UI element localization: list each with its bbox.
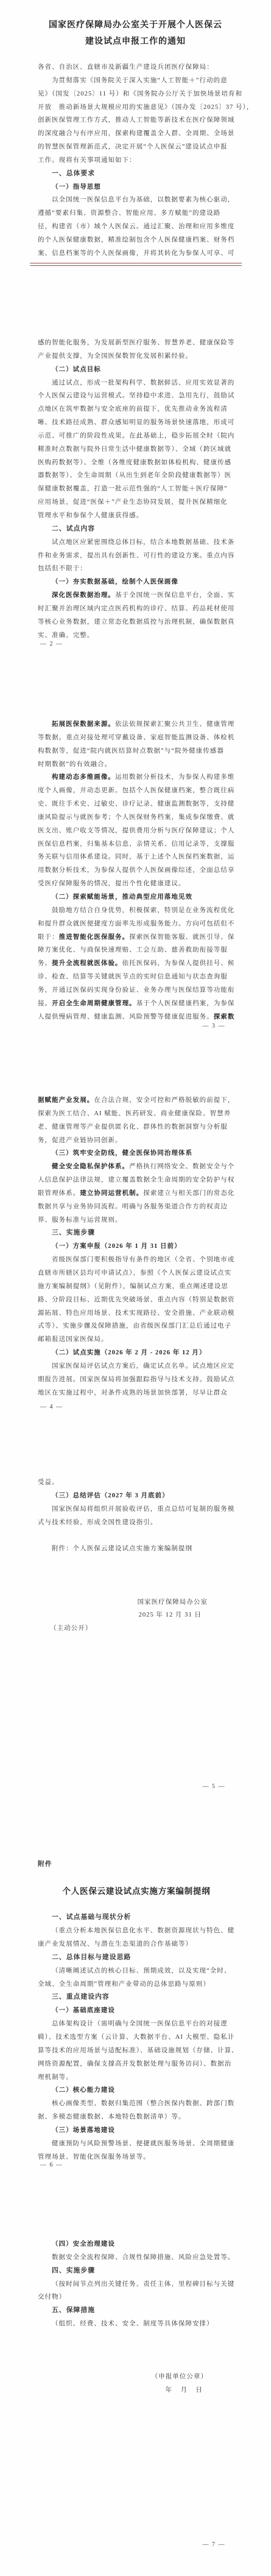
text-line: （二）核心能力建设: [38, 2084, 235, 2097]
text-line: 医购药数据等）、全维（各维度健康数据如体检机构、健康传感: [38, 456, 235, 470]
text-line: 网络资源配置，确保支撑高并发数据处理与服务访问）、数据治: [38, 2058, 235, 2071]
text-line: 据赋能产业发展。在合法合规、安全可控和严格脱敏的前提下，: [38, 1094, 235, 1107]
page-3: 拓展医保数据来源。依法依规探索汇聚公共卫生、健康管理等数据。重点对接处理可穿戴设…: [38, 718, 235, 1023]
page-number: — 4 —: [40, 1401, 63, 1414]
text-line: 见》（国发〔2025〕11 号）和《国务院办公厅关于加快场景培育和: [38, 88, 235, 101]
text-line: 精准时点数据与院外日常生活中健康数据等）、全域（跨区域就: [38, 443, 235, 456]
text-line: 案、信息档案等的个人医保画像，并将其转化为参保人可享、可: [38, 247, 235, 260]
text-line: 康风险提示与就医参考；个人医保财务档案，集成参保缴费、就: [38, 811, 235, 824]
text-line: 史、既往手术史、过敏史、诊疗记录、健康监测数据等，支持健: [38, 798, 235, 811]
text-line: 等数据。重点对接处理可穿戴设备、家庭智能监测设备、体检机: [38, 731, 235, 745]
page-number: — 6 —: [40, 2159, 63, 2172]
text-line: 等核心业务数据，建立常态化数据质控与治理机制，确保数据真: [38, 616, 235, 629]
text-line: 构建动态多维画像。运用数据分析技术，为参保人构建多维: [38, 771, 235, 784]
text-line: 式与技术经验，形成全国性建设指引。: [38, 1516, 235, 1530]
text-line: 一、总体要求: [38, 167, 235, 181]
text-line: 管理场景、智能化医保服务场景等。: [38, 2151, 235, 2164]
page-1: 各省、自治区、直辖市及新疆生产建设兵团医疗保障局：为贯彻落实《国务院关于深入实施…: [38, 61, 235, 260]
text-line: （三）筑牢安全防线，健全医保协同治理体系: [38, 1147, 235, 1160]
text-line: 数据共享与业务协同流程。明确与各服务渠道合作方的权责边: [38, 1200, 235, 1214]
text-line: [38, 1529, 235, 1542]
text-line: 晰、技术路径成熟、群众感知明显的服务场景快速落地，形成可: [38, 416, 235, 430]
text-line: 受医疗保障服务的情况，提出个性化健康建议。: [38, 877, 235, 891]
text-line: 感的智能化服务，为发展新型医疗服务、智慧养老、健康保险等: [38, 336, 235, 350]
red-divider-line: [30, 263, 242, 266]
text-line: 开放 推动新场景大规模应用的实施意见》（国办发〔2025〕37 号），: [38, 101, 235, 114]
text-line: 2025 年 12 月 31 日: [38, 1609, 235, 1622]
text-line: 一、试点基础与现状分析: [38, 1911, 235, 1924]
text-line: 路、分阶段目标、近期优先突破场景、重点内容（特别是数据资: [38, 1293, 235, 1307]
text-line: 务，并通过医保码实现身份验证、业务办理与医保结算等功能衔: [38, 984, 235, 997]
text-line: 探索为医工结合、AI 赋能、医药研发、商业健康保险、智慧养: [38, 1107, 235, 1121]
text-line: 辑）、技术选型方案（云计算、大数据平台、AI 大模型、隐私计: [38, 2031, 235, 2044]
text-line: [38, 1582, 235, 1596]
text-line: （二）试点实施（2026 年 2 月 - 2026 年 12 月）: [38, 1346, 235, 1360]
page-number: — 2 —: [40, 638, 63, 651]
text-line: 创新医保管理工作方式，推动人工智能等新技术在医疗保障领域: [38, 114, 235, 127]
text-line: （申报单位公章）: [38, 2370, 235, 2384]
text-line: 包括但不限于：: [38, 562, 235, 576]
text-line: 附件: [38, 1858, 235, 1871]
text-line: 的深度融合与有序应用，探索构建覆盖全人群、全周期、全场景: [38, 127, 235, 141]
text-line: 诊、检查、结算等关键就医节点的实时信息通知与状态查询服: [38, 970, 235, 984]
text-line: 保健康数据覆盖，打造一批示范性强的“人工智能＋医疗保障”: [38, 482, 235, 496]
text-line: 理机制等。: [38, 2071, 235, 2084]
page-number: — 7 —: [203, 2538, 226, 2552]
text-line: 拓展医保数据来源。依法依规探索汇聚公共卫生、健康管理: [38, 718, 235, 731]
text-line: 医保信息档案，归集基本信息、亲情关系、信用记录等，支撑服: [38, 838, 235, 851]
text-line: 核心画像类型、数据归集范围（整合医保内数据、跨部门数: [38, 2097, 235, 2111]
text-line: 期报告进展。国家医保局将加强跟踪指导与技术支持。鼓励试点: [38, 1373, 235, 1387]
text-line: 务关联与信用体系建设。同时，基于上述个人医保档案数据，运: [38, 851, 235, 864]
document-title: 国家医疗保障局办公室关于开展个人医保云 建设试点申报工作的通知: [12, 17, 259, 50]
text-line: （三）总结评估（2027 年 3 月底前）: [38, 1489, 235, 1503]
text-line: [38, 2331, 235, 2344]
text-line: 限管理体系。建立协同运营机制。探索建立与相关部门的常态化: [38, 1187, 235, 1200]
text-line: 国家医保局评估试点方案后，确定试点名单。试点地区应定: [38, 1360, 235, 1373]
text-line: 人信息保护法律法规，建立覆盖数据全生命周期的安全防护与权: [38, 1174, 235, 1187]
text-line: 附件：个人医保云建设试点实施方案编制提纲: [38, 1542, 235, 1556]
text-line: 健康预防与风险预警场景、便捷就医服务场景、全周期健康: [38, 2137, 235, 2151]
text-line: [38, 1556, 235, 1569]
text-line: 通过试点，形成一批架构科学、数据鲜活、应用实效显著的: [38, 377, 235, 390]
text-line: 件和业务需求，提出具有创新性、可行性的建设方案。重点内容: [38, 549, 235, 563]
page-7: （四）安全治理建设数据安全全流程保障、合规性保障措施、风险应急处置等。四、实施步…: [38, 2238, 235, 2397]
text-line: （清晰阐述试点的核心目标、预期成效，以及实现“全时、: [38, 1965, 235, 1978]
text-line: 示范、可推广的阶段性成果。在此基础上，稳步拓展全时（院内: [38, 430, 235, 443]
text-line: 深化医保数据治理。基于全国统一医保信息平台，全面、实: [38, 589, 235, 602]
text-line: 省级医保部门要积极指导有条件的地区（全省、个别地市或: [38, 1253, 235, 1267]
text-line: （主动公开）: [38, 1622, 235, 1635]
text-line: 受益。: [38, 1476, 235, 1489]
text-line: 接。开启全生命周期健康管理。基于个人医保健康档案，为参保: [38, 997, 235, 1011]
page-6: 附件个人医保云建设试点实施方案编制提纲一、试点基础与现状分析（重点分析本地医保信…: [38, 1858, 235, 2163]
text-line: 和提升群众就医便捷度方面率先形成服务能力。方向可包括但不: [38, 917, 235, 931]
text-line: 时期数据”的有效融合。: [38, 758, 235, 771]
text-line: 产业提供支撑，为全国医保数智化发展积累经验。: [38, 350, 235, 363]
text-line: 以全国统一医保信息平台为基础，以数据要素为核心驱动，: [38, 193, 235, 207]
text-line: （一）方案申报（2026 年 1 月 31 日前）: [38, 1240, 235, 1253]
text-line: （组织、经费、技术、安全、制度等具体保障安排）: [38, 2317, 235, 2331]
text-line: （三）场景落地建设: [38, 2124, 235, 2137]
text-line: [38, 2358, 235, 2371]
text-line: 据、多模态健康数据、本地特色数据清单）等。: [38, 2111, 235, 2124]
text-line: （一）指导思想: [38, 181, 235, 194]
text-line: 五、保障措施: [38, 2304, 235, 2317]
page-number: — 5 —: [203, 1780, 226, 1794]
text-line: 国家医疗保障局办公室: [38, 1596, 235, 1609]
text-line: 试点地区应紧密围绕总体目标，结合本地数据基础、技术条: [38, 536, 235, 549]
text-line: 源拓展、特色应用场景、技术实现路径、安全措施、产业联动模: [38, 1307, 235, 1320]
text-line: 总体架构设计（需明确与全国统一医保信息平台的对接逻: [38, 2017, 235, 2031]
text-line: 个人医保云建设与运营模式。坚持稳中求进、急用先行，鼓励试: [38, 389, 235, 403]
text-line: 鼓励地方结合自身优势，积极探索，特别是在业务流程优化: [38, 904, 235, 917]
text-line: 式等）、实施步骤及保障措施，由省级医保部门汇总后通过电子: [38, 1320, 235, 1333]
text-line: 老、健康管理等产业提供匿名化、群体性的数据洞察与分析服: [38, 1121, 235, 1134]
text-line: 二、总体目标与建设思路: [38, 1951, 235, 1965]
text-line: 三、重点建设内容: [38, 1991, 235, 2004]
text-line: 构数据等，促进“院内就医结算时点数据”与“院外健康传感器: [38, 745, 235, 758]
text-line: 二、试点内容: [38, 523, 235, 536]
text-line: （四）安全治理建设: [38, 2238, 235, 2251]
text-line: 为贯彻落实《国务院关于深入实施“人工智能＋”行动的意: [38, 74, 235, 88]
document-title-line2: 建设试点申报工作的通知: [12, 33, 259, 50]
text-line: 年 月 日: [38, 2384, 235, 2397]
text-line: 器数据等）、全生命周期（从出生到老年全阶段健康数据等）医: [38, 469, 235, 482]
text-line: 应用场景，促进“医保＋”产业生态协同发展，提升医保精细化: [38, 496, 235, 509]
text-line: 交付物）: [38, 2291, 235, 2304]
text-line: （重点分析本地医保信息化水平、数据资源现状与特色、健: [38, 1924, 235, 1938]
text-line: 障方案优化、与商保快速理赔、工会互助、慈善救助衔接等服: [38, 944, 235, 957]
text-line: （按时间节点列出关键任务、责任主体、里程碑目标与关键: [38, 2278, 235, 2291]
text-line: 各省、自治区、直辖市及新疆生产建设兵团医疗保障局：: [38, 61, 235, 74]
text-line: 算等技术的应用场景与适配标准）、基础设施规划（存储、计算、: [38, 2044, 235, 2058]
text-line: 管理水平和参保个人健康获得感。: [38, 509, 235, 523]
text-line: 康产业发展情况、与潜在生态渠道的合作基础等）: [38, 1938, 235, 1951]
text-line: 点地区在筑牢数据与安全底座的前提下，优先推动业务流程清: [38, 403, 235, 416]
text-line: 个人医保云建设试点实施方案编制提纲: [38, 1885, 235, 1898]
text-line: 直辖市所辖区县均可申请试点），参照《个人医保云建设试点实: [38, 1267, 235, 1280]
document-title-line1: 国家医疗保障局办公室关于开展个人医保云: [12, 17, 259, 33]
text-line: （一）基础底座建设: [38, 2004, 235, 2017]
text-line: 医支出、账户收支等情况，提供费用分析与医疗保障建议；个人: [38, 824, 235, 838]
text-line: 的智慧医保管理新范式，决定开展“个人医保云”建设试点申报: [38, 141, 235, 154]
text-line: （一）夯实数据基础，绘制个人医保画像: [38, 576, 235, 589]
text-line: 时汇聚并治理区域内定点医药机构的诊疗、结算、药品耗材使用: [38, 602, 235, 616]
text-line: 界、服务标准与运营规则。: [38, 1214, 235, 1227]
page-2: 感的智能化服务，为发展新型医疗服务、智慧养老、健康保险等产业提供支撑，为全国医保…: [38, 336, 235, 642]
text-line: 的个人医保健康数据，精准绘制包含个人医保健康档案、财务档: [38, 234, 235, 247]
document-page: 国家医疗保障局办公室关于开展个人医保云 建设试点申报工作的通知 各省、自治区、直…: [0, 0, 271, 2576]
text-line: 务。提升全流程就医体验。依托医保码，为参保人提供挂号、候: [38, 957, 235, 970]
text-line: 工作。现将有关事项通知如下：: [38, 154, 235, 167]
text-line: （二）探索赋能场景，推动典型应用落地见效: [38, 891, 235, 904]
text-line: 径，构建省（市）域个人医保云。通过汇聚、治理和应用多维度: [38, 220, 235, 234]
text-line: 全域、全生命周期”管理和产业带动的总体思路与原则）: [38, 1978, 235, 1991]
text-line: 地区在实施过程中，对条件成熟的场景加快部署，尽早让群众: [38, 1387, 235, 1400]
text-line: 遵循“要素归集、资源整合、智能应用、多方赋能”的建设路: [38, 207, 235, 220]
page-4: 据赋能产业发展。在合法合规、安全可控和严格脱敏的前提下，探索为医工结合、AI 赋…: [38, 1094, 235, 1399]
text-line: 务，促进产业链协同创新。: [38, 1134, 235, 1147]
text-line: 国家医保局将组织开展验收评估，重点总结可复制的服务模: [38, 1503, 235, 1516]
text-line: [38, 1569, 235, 1582]
text-line: 实、准确、完整。: [38, 629, 235, 642]
text-line: 邮箱报送国家医保局。: [38, 1333, 235, 1346]
text-line: [38, 1898, 235, 1912]
text-line: 三、实施步骤: [38, 1227, 235, 1240]
text-line: 限于：推进智能化医保服务。探索医保智能客服、就医引导、保: [38, 931, 235, 944]
page-5: 受益。（三）总结评估（2027 年 3 月底前）国家医保局将组织开展验收评估，重…: [38, 1476, 235, 1635]
text-line: 施方案编制提纲》（见附件），编制试点方案，重点阐述建设思: [38, 1280, 235, 1293]
text-line: （二）试点目标: [38, 363, 235, 377]
text-line: 数据安全全流程保障、合规性保障措施、风险应急处置等。: [38, 2251, 235, 2264]
text-line: [38, 1871, 235, 1885]
text-line: 度个人画像，并动态更新。包括个人医保健康档案，整合既往病: [38, 784, 235, 798]
text-line: 健全安全隐私保护体系。严格执行网络安全、数据安全与个: [38, 1160, 235, 1174]
text-line: 四、实施步骤: [38, 2264, 235, 2278]
text-line: 用数据分析技术，为参保人提供个人医保画像综述，全面总结享: [38, 864, 235, 877]
text-line: [38, 2344, 235, 2358]
page-number: — 3 —: [203, 1020, 226, 1033]
